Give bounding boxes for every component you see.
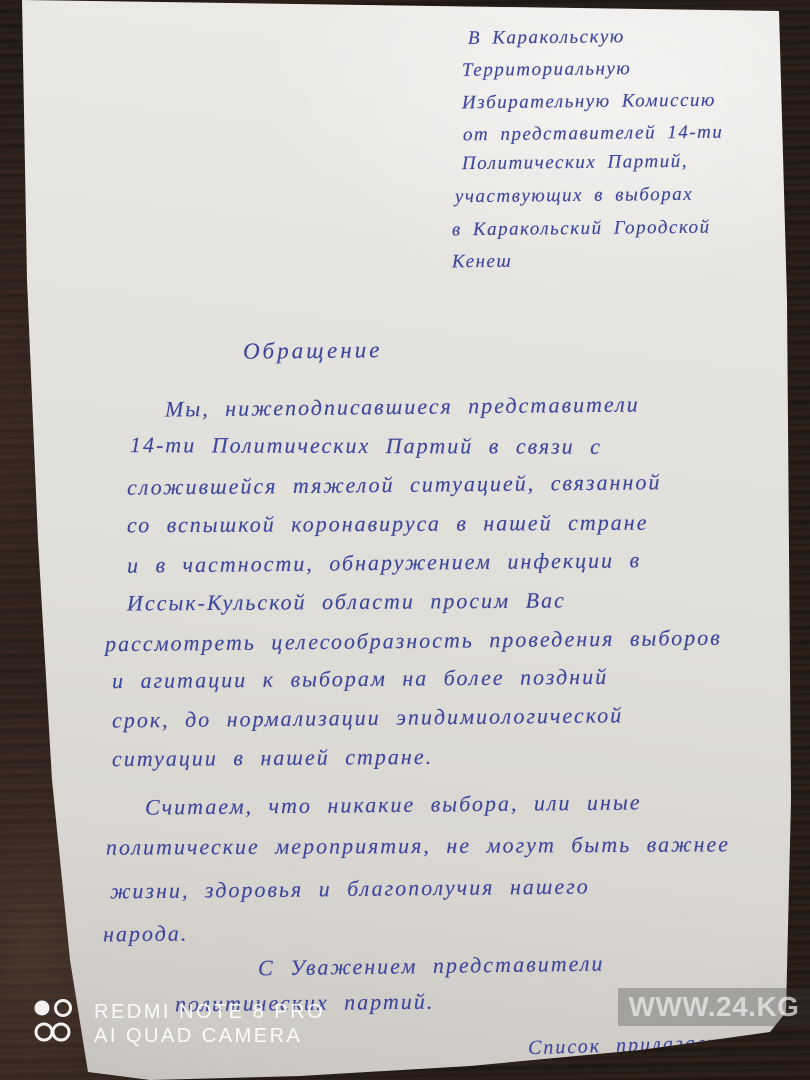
body-line: 14-ти Политических Партий в связи с bbox=[130, 432, 602, 460]
body-line: Мы, нижеподписавшиеся представители bbox=[165, 392, 640, 423]
body-line: народа. bbox=[103, 921, 189, 948]
photo-of-handwritten-letter: В Каракольскую Территориальную Избирател… bbox=[0, 0, 810, 1080]
body-line: Считаем, что никакие выбора, или иные bbox=[145, 789, 642, 820]
photo-vignette bbox=[0, 0, 810, 1080]
body-line: политические мероприятия, не могут быть … bbox=[106, 831, 730, 860]
letter-title: Обращение bbox=[243, 337, 383, 364]
body-line: и в частности, обнаружением инфекции в bbox=[127, 547, 641, 578]
closing-line: С Уважением представители bbox=[258, 951, 605, 982]
camera-watermark-model: REDMI NOTE 8 PRO bbox=[94, 1002, 325, 1023]
xiaomi-quad-camera-rings-icon bbox=[33, 998, 79, 1051]
document-paper: В Каракольскую Территориальную Избирател… bbox=[0, 0, 810, 1080]
camera-watermark: REDMI NOTE 8 PRO AI QUAD CAMERA bbox=[33, 998, 325, 1051]
body-line: со вспышкой коронавируса в нашей стране bbox=[127, 510, 649, 539]
camera-watermark-feature: AI QUAD CAMERA bbox=[94, 1026, 325, 1047]
recipient-line: участвующих в выборах bbox=[455, 184, 693, 208]
body-line: срок, до нормализации эпидимиологической bbox=[112, 702, 623, 733]
recipient-line: В Каракольскую bbox=[468, 26, 625, 50]
recipient-line: от представителей 14-ти bbox=[463, 122, 724, 147]
body-line: Иссык-Кульской области просим Вас bbox=[127, 587, 566, 616]
recipient-line: Политических Партий, bbox=[462, 151, 688, 175]
recipient-line: в Каракольский Городской bbox=[452, 217, 711, 242]
body-line: ситуации в нашей стране. bbox=[112, 744, 433, 772]
body-line: и агитации к выборам на более поздний bbox=[112, 664, 608, 694]
site-watermark-text: WWW.24.KG bbox=[629, 991, 800, 1023]
recipient-line: Кенеш bbox=[452, 251, 513, 274]
body-line: сложившейся тяжелой ситуацией, связанной bbox=[127, 469, 662, 501]
body-line: рассмотреть целесообразность проведения … bbox=[105, 625, 722, 657]
body-line: жизни, здоровья и благополучия нашего bbox=[110, 873, 590, 904]
recipient-line: Территориальную bbox=[462, 58, 631, 82]
site-watermark: WWW.24.KG bbox=[618, 988, 810, 1026]
recipient-line: Избирательную Комиссию bbox=[462, 90, 716, 115]
